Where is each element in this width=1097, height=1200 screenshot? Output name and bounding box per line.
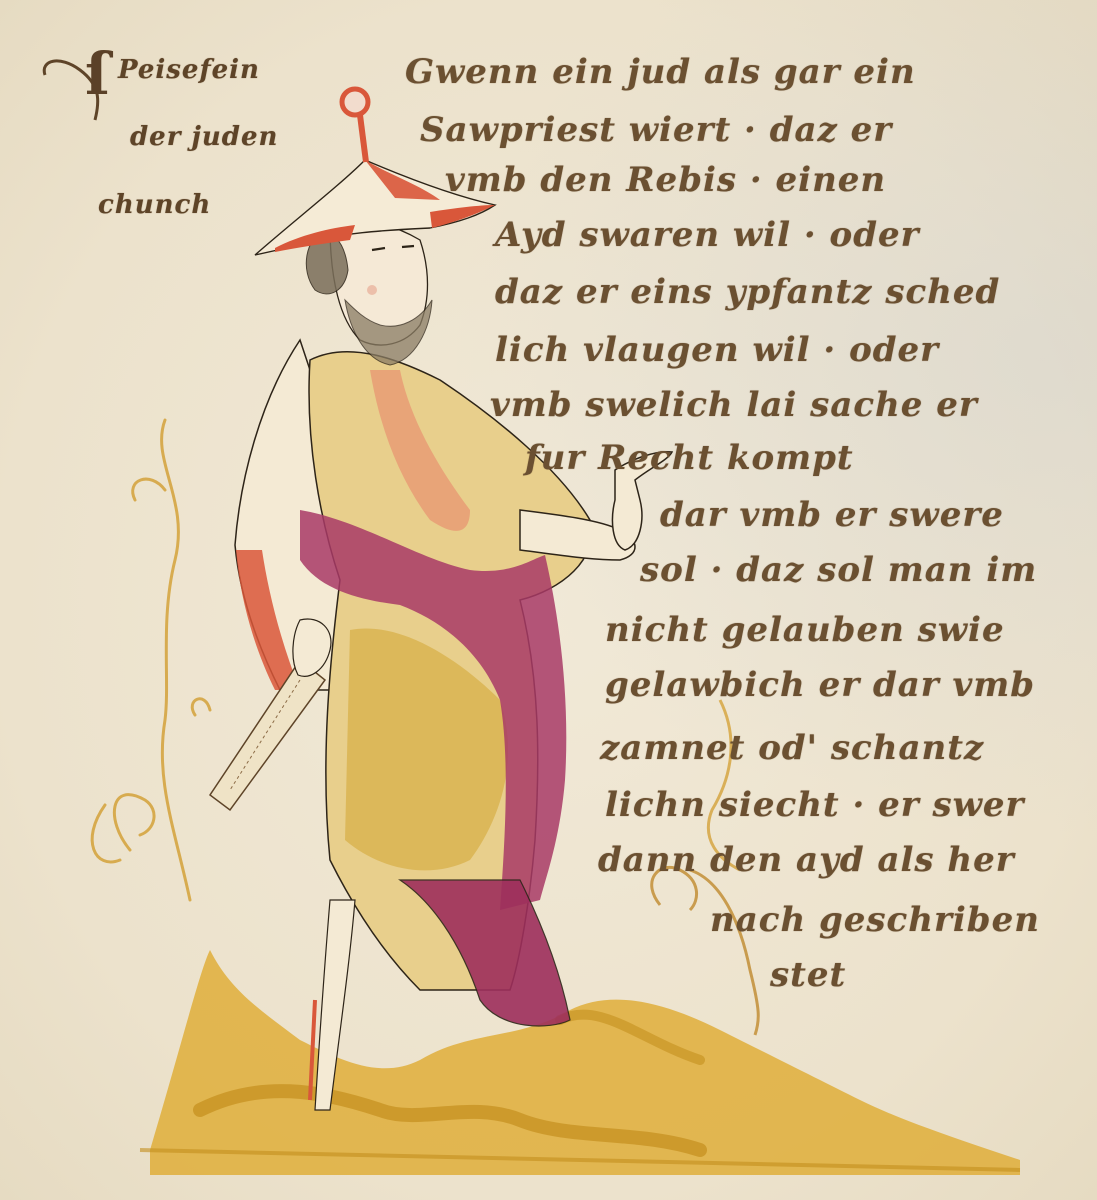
text-line: Gwenn ein jud als gar ein	[405, 52, 916, 92]
text-line: lich vlaugen wil · oder	[495, 330, 939, 370]
text-line: daz er eins ypfantz sched	[495, 272, 1000, 312]
text-line: dann den ayd als her	[598, 840, 1015, 880]
text-line: zamnet od' schantz	[600, 728, 984, 768]
text-line: Sawpriest wiert · daz er	[420, 110, 892, 150]
text-line: nicht gelauben swie	[605, 610, 1005, 650]
scroll	[210, 660, 325, 810]
text-line: nach geschriben	[710, 900, 1040, 940]
text-line: sol · daz sol man im	[640, 550, 1037, 590]
text-line: vmb swelich lai sache er	[490, 385, 978, 425]
text-line: lichn siecht · er swer	[605, 785, 1024, 825]
text-line: dar vmb er swere	[660, 495, 1004, 535]
text-line: gelawbich er dar vmb	[605, 665, 1035, 705]
text-line: fur Recht kompt	[525, 438, 854, 478]
rubric-line: Peisefein	[118, 55, 260, 85]
ground-hill	[140, 950, 1020, 1175]
rubric-line: chunch	[98, 190, 211, 220]
text-line: stet	[770, 955, 846, 995]
manuscript-page: ſ Peisefein der juden chunch Gwenn ein j…	[0, 0, 1097, 1200]
rubric-line: der juden	[130, 122, 278, 152]
text-line: Ayd swaren wil · oder	[495, 215, 920, 255]
hat-knob	[342, 89, 368, 115]
left-margin-flourish	[92, 420, 210, 900]
rubric-initial: ſ	[85, 40, 110, 108]
text-line: vmb den Rebis · einen	[445, 160, 886, 200]
